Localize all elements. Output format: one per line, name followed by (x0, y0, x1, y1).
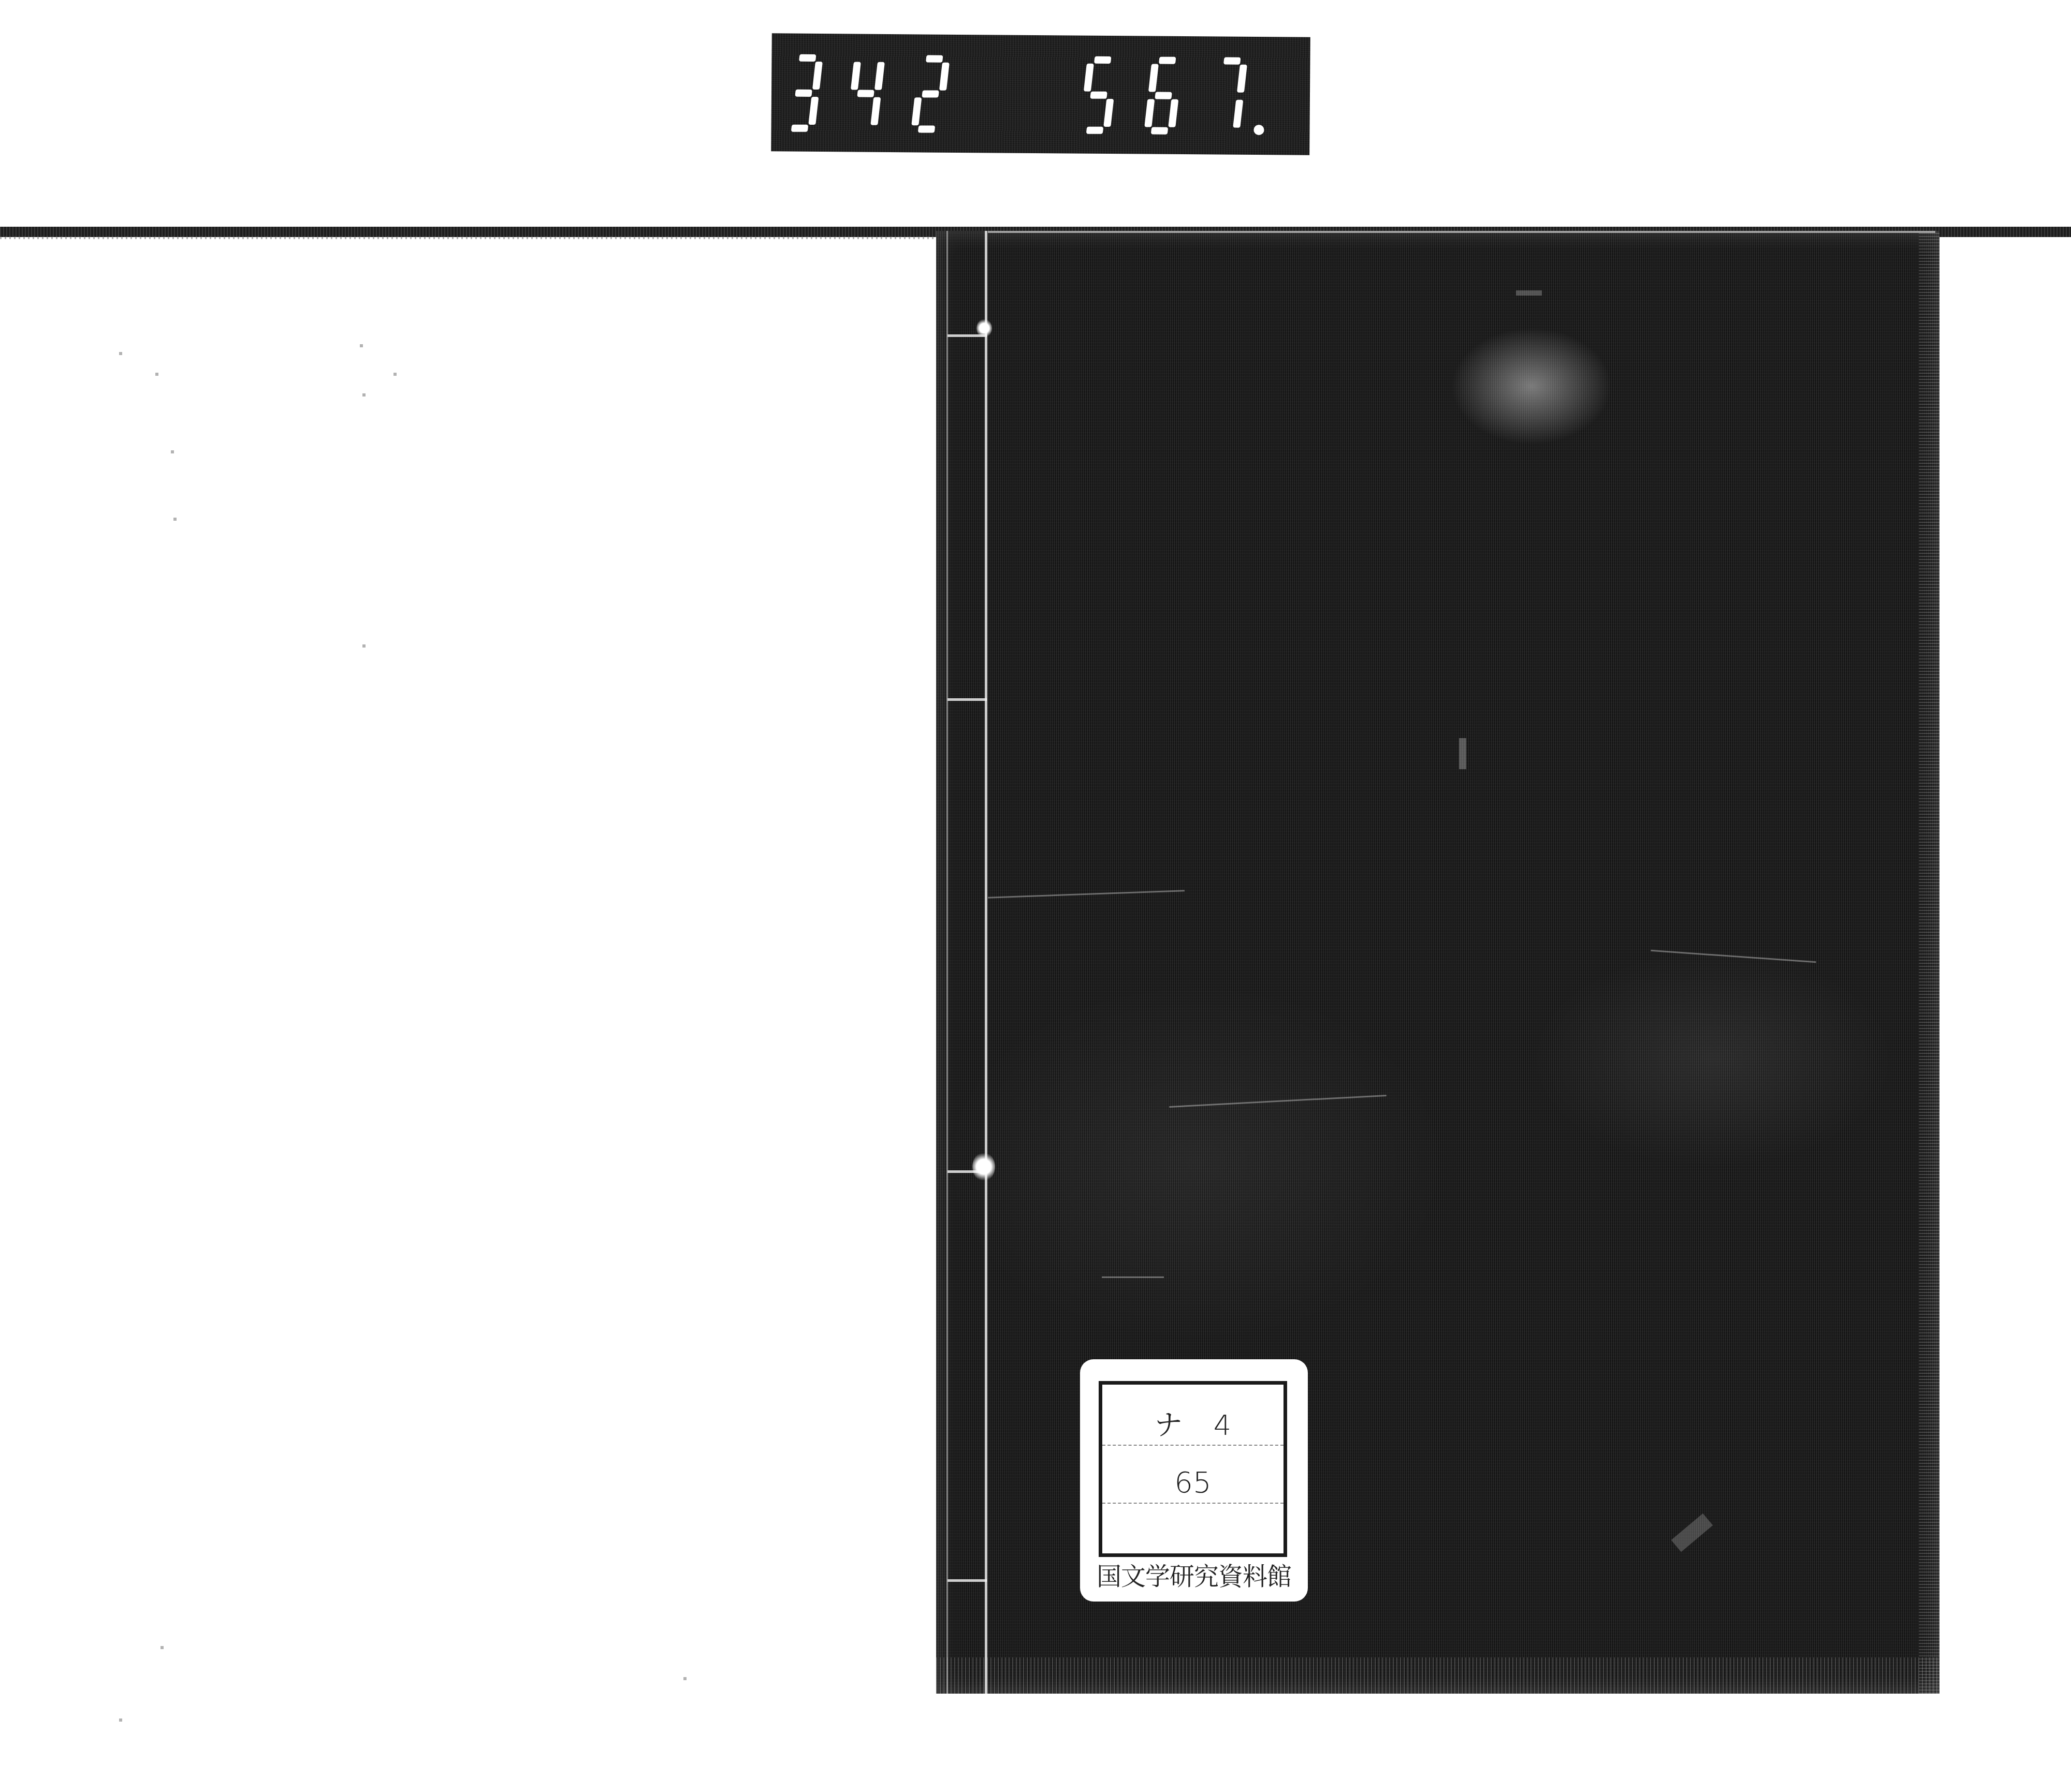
label-row-1: ナ4 (1102, 1405, 1284, 1446)
catalog-label: ナ4 65 国文学研究資料館 (1080, 1359, 1308, 1602)
segment-digit (1216, 57, 1248, 127)
stitch-binding-icon (947, 698, 987, 701)
speck (119, 352, 122, 355)
speck (393, 373, 397, 376)
speck (362, 644, 366, 648)
binding-thread (985, 231, 987, 1694)
scratch-mark (1671, 1514, 1713, 1552)
speck (683, 1677, 687, 1680)
spine-fold-line (946, 231, 948, 1694)
speck (119, 1718, 122, 1722)
scratch-mark (1102, 1276, 1164, 1278)
stitch-binding-icon (947, 1579, 987, 1582)
label-row-2: 65 (1102, 1462, 1284, 1504)
call-number-kana: ナ (1155, 1409, 1183, 1442)
segment-digit (911, 55, 951, 133)
speck (155, 373, 158, 376)
segment-digit (1144, 57, 1184, 135)
segment-digit (1079, 56, 1119, 134)
cover-worn-bottom-edge (936, 1657, 1939, 1694)
scratch-mark (1459, 738, 1466, 769)
scratch-mark (988, 890, 1185, 898)
call-number-item: 65 (1174, 1466, 1211, 1500)
binding-knot (976, 319, 992, 337)
scratch-mark (1516, 290, 1542, 296)
scratch-mark (1169, 1095, 1387, 1108)
segment-digit (791, 54, 824, 132)
scratch-mark (1651, 950, 1816, 963)
speck (362, 393, 366, 396)
institution-name: 国文学研究資料館 (1091, 1560, 1296, 1593)
binding-knot (972, 1152, 995, 1181)
speck (360, 344, 363, 347)
seven-segment-display (771, 33, 1310, 155)
speck (171, 450, 174, 453)
segment-digit (847, 62, 885, 125)
cover-worn-right-edge (1919, 231, 1939, 1694)
cover-top-edge (988, 231, 1935, 233)
label-call-number-box: ナ4 65 (1099, 1381, 1287, 1557)
frame-counter: 342 567. (771, 33, 1310, 155)
call-number-class: 4 (1214, 1409, 1231, 1442)
speck (161, 1646, 164, 1649)
speck (173, 518, 177, 521)
